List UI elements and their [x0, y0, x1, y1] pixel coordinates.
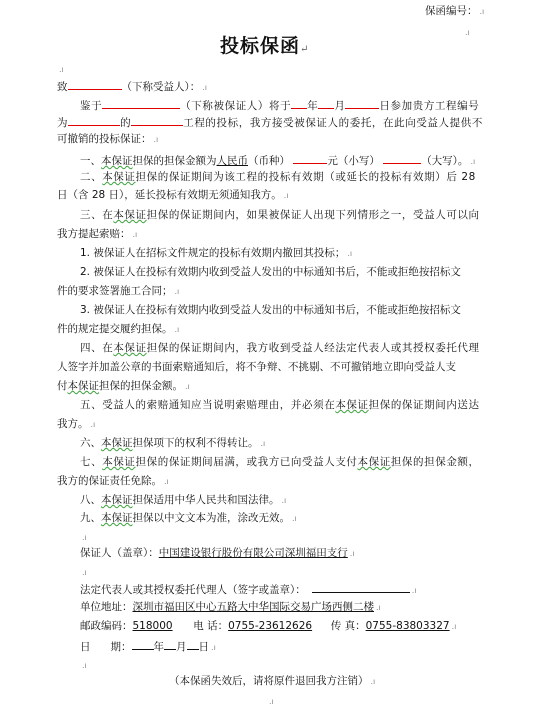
clause-4-cont-1: 人签字并加盖公章的书面索赔通知后，将不争辩、不挑剔、不可撤销地立即向受益人支 [57, 360, 456, 374]
intro-text: 工程的投标，我方接受被保证人的委托，在此向受益人提供不 [183, 117, 483, 129]
empty-paragraph: .ı [463, 25, 470, 40]
address-value: 深圳市福田区中心五路大中华国际交易广场西侧二楼 [133, 601, 375, 613]
clause-text: 本保证 [101, 512, 133, 524]
clause-text: 本保证 [102, 171, 135, 183]
paragraph-mark-icon: .ı [470, 157, 475, 166]
clause-text: 担保适用中华人民共和国法律。 [133, 494, 280, 506]
salutation-suffix: （下称受益人）： [122, 81, 201, 93]
postcode-value: 518000 [133, 620, 173, 632]
clause-3-cont: 我方提起索赔：.ı [57, 227, 137, 242]
intro-text: 为 [57, 117, 68, 129]
representative-row: 法定代表人或其授权委托代理人（签字或盖章）：.ı [80, 581, 417, 598]
paragraph-mark-icon: .ı [91, 420, 96, 429]
paragraph-mark-icon: .ı [211, 643, 216, 652]
clause-4: 四、在本保证担保的保证期间内，我方收到受益人经法定代表人或其授权委托代理 [80, 341, 480, 355]
intro-line-1: 鉴于（下称被保证人）将于年月日参加贵方工程编号 [80, 97, 479, 113]
paragraph-mark-icon: .ı [164, 477, 169, 486]
intro-text: 可撤销的投标保证： [57, 133, 152, 145]
intro-text: （下称被保证人）将于 [180, 100, 291, 112]
clause-text: 五、受益人的索赔通知应当说明索赔理由，并必须在 [80, 399, 335, 411]
clause-text: 本保证 [358, 456, 391, 468]
clause-text: 本保证 [68, 380, 100, 392]
sub-item-text: 1. 被保证人在招标文件规定的投标有效期内撤回其投标； [80, 247, 345, 259]
empty-paragraph: .ı [80, 530, 87, 545]
clause-text: 三、在 [80, 209, 113, 221]
clause-text: 担保的保证期间为该工程的投标有效期（或延长的投标有效期）后 28 [136, 171, 476, 183]
date-year-blank[interactable] [132, 638, 154, 650]
date-label: 日 期： [80, 641, 132, 653]
paragraph-mark-icon: .ı [371, 677, 376, 686]
clause-5: 五、受益人的索赔通知应当说明索赔理由，并必须在本保证担保的保证期间内送达 [80, 398, 480, 412]
clause-text: （币种） [248, 155, 290, 167]
empty-paragraph: .ı [80, 658, 87, 673]
page-title: 投标保函↵ [220, 33, 309, 63]
guarantor-label: 保证人（盖章）： [80, 547, 159, 559]
clause-text: 付 [57, 380, 68, 392]
date-day-label: 日 [199, 641, 210, 653]
clause-text: 人签字并加盖公章的书面索赔通知后，将不争辩、不挑剔、不可撤销地立即向受益人支 [57, 361, 456, 373]
return-mark-icon: ↵ [300, 44, 309, 55]
clause-text: 本保证 [101, 494, 133, 506]
paragraph-mark-icon: .ı [465, 28, 470, 37]
salutation-prefix: 致 [57, 81, 68, 93]
guarantee-number-label: 保函编号：.ı [425, 4, 484, 19]
clause-text: 本保证 [113, 342, 146, 354]
clause-text: 担保的担保金额， [391, 456, 480, 468]
clause-text: 担保的保证期间内，如果被保证人出现下列情形之一，受益人可以向 [147, 209, 480, 221]
clause-text: 担保的保证期间届满，或我方已向受益人支付 [136, 456, 358, 468]
clause-2: 二、本保证担保的保证期间为该工程的投标有效期（或延长的投标有效期）后 28 [80, 170, 476, 184]
sub-item-text: 件的要求签署施工合同； [57, 285, 173, 297]
clause-2-cont: 日（含 28 日），延长投标有效期无须通知我方。.ı [57, 188, 289, 203]
clause-7: 七、本保证担保的保证期间届满，或我方已向受益人支付本保证担保的担保金额， [80, 455, 480, 469]
month-blank[interactable] [318, 97, 334, 109]
guarantor-row: 保证人（盖章）：中国建设银行股份有限公司深圳福田支行.ı [80, 546, 355, 561]
sub-item-text: 2. 被保证人在投标有效期内收到受益人发出的中标通知书后，不能或拒绝按招标文 [80, 266, 461, 278]
clause-3: 三、在本保证担保的保证期间内，如果被保证人出现下列情形之一，受益人可以向 [80, 208, 480, 222]
paragraph-mark-icon: .ı [82, 533, 87, 542]
contact-row: 邮政编码：518000 电 话：0755-23612626 传 真：0755-8… [80, 619, 456, 634]
intro-text: 日参加贵方工程编号 [379, 100, 479, 112]
guaranteed-party-blank[interactable] [102, 97, 180, 109]
clause-text: 七、 [80, 456, 102, 468]
representative-signature-blank[interactable] [312, 581, 410, 593]
clause-text: 本保证 [102, 456, 135, 468]
paragraph-mark-icon: .ı [376, 603, 381, 612]
sub-item-3-cont: 件的规定提交履约担保。.ı [57, 322, 179, 337]
currency-text: 人民币 [217, 155, 249, 167]
clause-5-cont: 我方。.ı [57, 417, 95, 432]
paragraph-mark-icon: .ı [350, 549, 355, 558]
sub-item-text: 3. 被保证人在投标有效期内收到受益人发出的中标通知书后，不能或拒绝按招标文 [80, 304, 461, 316]
intro-line-2: 为的工程的投标，我方接受被保证人的委托，在此向受益人提供不 [57, 114, 483, 130]
date-year-label: 年 [154, 641, 165, 653]
clause-text: 二、 [80, 171, 102, 183]
sub-item-2-cont: 件的要求签署施工合同；.ı [57, 284, 179, 299]
address-row: 单位地址：深圳市福田区中心五路大中华国际交易广场西侧二楼.ı [80, 600, 381, 615]
empty-paragraph: .ı [57, 62, 64, 77]
date-month-blank[interactable] [164, 638, 176, 650]
empty-paragraph: .ı [267, 694, 274, 708]
clause-text: 九、 [80, 512, 101, 524]
clause-text: 八、 [80, 494, 101, 506]
paragraph-mark-icon: .ı [282, 496, 287, 505]
intro-text: 鉴于 [80, 100, 102, 112]
clause-text: 日（含 28 日），延长投标有效期无须通知我方。 [57, 189, 282, 201]
paragraph-mark-icon: .ı [82, 661, 87, 670]
sub-item-2: 2. 被保证人在投标有效期内收到受益人发出的中标通知书后，不能或拒绝按招标文 [80, 265, 461, 279]
paragraph-mark-icon: .ı [284, 191, 289, 200]
project-name-blank[interactable] [131, 114, 183, 126]
clause-text: 我方的保证责任免除。 [57, 475, 162, 487]
clause-text: 担保项下的权利不得转让。 [133, 437, 259, 449]
date-row: 日 期：年月日.ı [80, 638, 216, 655]
beneficiary-blank[interactable] [68, 78, 122, 90]
clause-text: 担保的保证期间内送达 [369, 399, 480, 411]
paragraph-mark-icon: .ı [412, 586, 417, 595]
intro-text: 的 [120, 117, 131, 129]
clause-6: 六、本保证担保项下的权利不得转让。.ı [80, 436, 265, 451]
paragraph-mark-icon: .ı [154, 135, 159, 144]
sub-item-text: 件的规定提交履约担保。 [57, 323, 173, 335]
amount-small-blank[interactable] [293, 152, 327, 164]
clause-text: 六、 [80, 437, 101, 449]
clause-text: 我方提起索赔： [57, 228, 131, 240]
clause-7-cont: 我方的保证责任免除。.ı [57, 474, 169, 489]
paragraph-mark-icon: .ı [133, 230, 138, 239]
clause-8: 八、本保证担保适用中华人民共和国法律。.ı [80, 493, 286, 508]
footer-note-text: （本保函失效后，请将原件退回我方注销） [169, 675, 369, 687]
sub-item-3: 3. 被保证人在投标有效期内收到受益人发出的中标通知书后，不能或拒绝按招标文 [80, 303, 461, 317]
amount-capital-blank[interactable] [383, 152, 421, 164]
paragraph-mark-icon: .ı [269, 697, 274, 706]
clause-text: 元（小写） [327, 155, 380, 167]
clause-text: 一、 [80, 155, 101, 167]
salutation: 致（下称受益人）：.ı [57, 78, 207, 95]
clause-text: 担保以中文文本为准，涂改无效。 [133, 512, 291, 524]
intro-text: 年 [307, 100, 318, 112]
paragraph-mark-icon: .ı [347, 249, 352, 258]
paragraph-mark-icon: .ı [59, 65, 64, 74]
clause-1: 一、本保证担保的担保金额为人民币（币种） 元（小写） （大写）。.ı [80, 152, 475, 169]
clause-text: 担保的保证期间内，我方收到受益人经法定代表人或其授权委托代理 [147, 342, 480, 354]
clause-text: 本保证 [113, 209, 146, 221]
phone-label: 电 话： [193, 620, 228, 632]
paragraph-mark-icon: .ı [452, 622, 457, 631]
paragraph-mark-icon: .ı [202, 83, 207, 92]
clause-text: 四、在 [80, 342, 113, 354]
footer-note: （本保函失效后，请将原件退回我方注销）.ı [169, 674, 375, 689]
clause-4-cont-2: 付本保证担保的担保金额。.ı [57, 379, 190, 394]
guarantee-number-text: 保函编号： [425, 5, 478, 17]
clause-text: 本保证 [101, 437, 133, 449]
date-month-label: 月 [176, 641, 187, 653]
paragraph-mark-icon: .ı [175, 325, 180, 334]
sub-item-1: 1. 被保证人在招标文件规定的投标有效期内撤回其投标；.ı [80, 246, 352, 261]
paragraph-mark-icon: .ı [185, 382, 190, 391]
paragraph-mark-icon: .ı [261, 439, 266, 448]
empty-paragraph: .ı [80, 565, 87, 580]
title-text: 投标保函 [220, 35, 300, 57]
postcode-label: 邮政编码： [80, 620, 133, 632]
paragraph-mark-icon: .ı [480, 7, 485, 16]
fax-value: 0755-83803327 [366, 620, 450, 632]
paragraph-mark-icon: .ı [82, 568, 87, 577]
paragraph-mark-icon: .ı [175, 287, 180, 296]
clause-9: 九、本保证担保以中文文本为准，涂改无效。.ı [80, 511, 297, 526]
day-blank[interactable] [345, 97, 379, 109]
phone-value: 0755-23612626 [228, 620, 312, 632]
clause-text: 担保的担保金额。 [99, 380, 183, 392]
address-label: 单位地址： [80, 601, 133, 613]
project-number-blank[interactable] [68, 114, 120, 126]
date-day-blank[interactable] [187, 638, 199, 650]
guarantor-value: 中国建设银行股份有限公司深圳福田支行 [159, 547, 348, 559]
representative-label: 法定代表人或其授权委托代理人（签字或盖章）： [80, 584, 306, 596]
year-blank[interactable] [291, 97, 307, 109]
clause-text: （大写）。 [421, 155, 468, 167]
clause-text: 担保的担保金额为 [133, 155, 217, 167]
clause-text: 本保证 [101, 155, 133, 167]
intro-line-3: 可撤销的投标保证：.ı [57, 132, 158, 147]
clause-text: 我方。 [57, 418, 89, 430]
clause-text: 本保证 [335, 399, 368, 411]
intro-text: 月 [334, 100, 345, 112]
paragraph-mark-icon: .ı [292, 514, 297, 523]
fax-label: 传 真： [331, 620, 366, 632]
